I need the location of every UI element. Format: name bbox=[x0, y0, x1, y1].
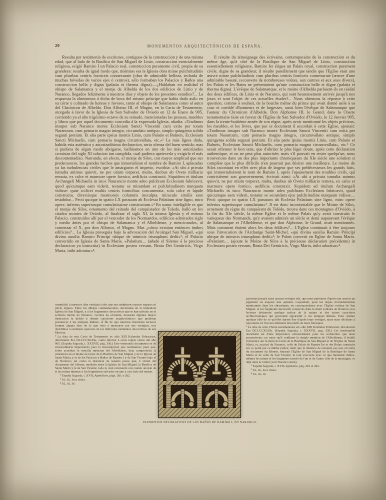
footnote-continuation: parvenus jusqu'à nous aucuns vestiges te… bbox=[207, 297, 355, 325]
running-title: MONUMENTOS ARQUITECTÓNICOS DE ESPAÑA. bbox=[55, 44, 355, 52]
scan-page: 20 MONUMENTOS ARQUITECTÓNICOS DE ESPAÑA.… bbox=[0, 0, 386, 500]
text-column-french: Il résulte du témoignage des écrivains, … bbox=[207, 55, 355, 303]
spanish-paragraph: Resulta por testimonio de escritores, co… bbox=[55, 55, 203, 253]
celosia-engraving bbox=[158, 331, 241, 418]
book-scan: { "palette": { "paper": "#d8cfba", "pape… bbox=[0, 0, 386, 500]
engraving-caption: ELEMENTOS DECORATIVOS DE LOS BAÑOS DE RA… bbox=[139, 421, 261, 427]
french-paragraph: Il résulte du témoignage des écrivains, … bbox=[207, 55, 355, 248]
text-column-spanish: Resulta por testimonio de escritores, co… bbox=[55, 55, 203, 298]
footnote-continuation: trasmitido á nuestros dias vestigios tal… bbox=[55, 303, 203, 335]
